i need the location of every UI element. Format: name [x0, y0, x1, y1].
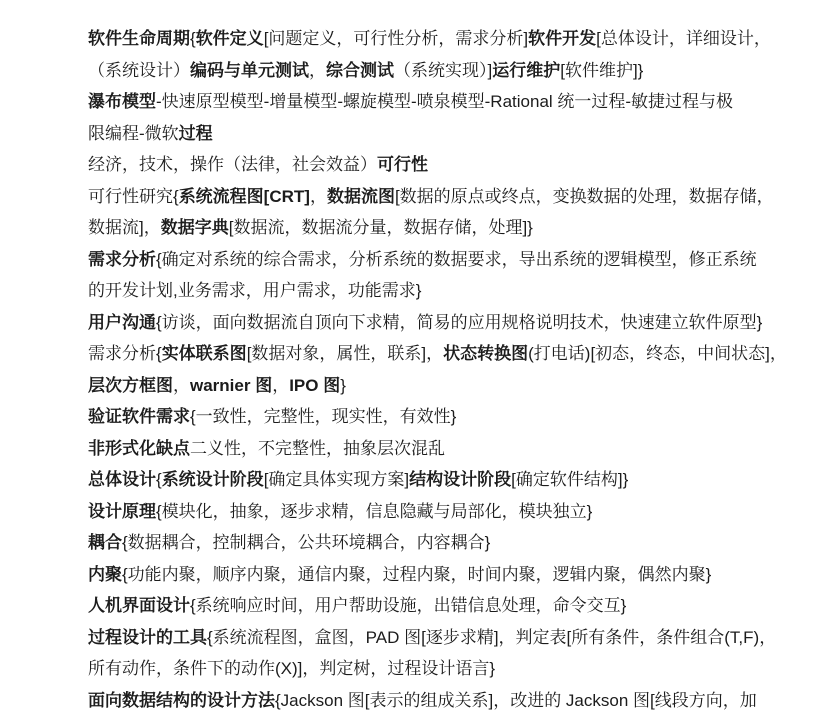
text-segment: {功能内聚，顺序内聚，通信内聚，过程内聚，时间内聚，逻辑内聚，偶然内聚}: [122, 565, 711, 584]
text-line: 需求分析{实体联系图[数据对象，属性，联系]，状态转换图(打电话)[初态，终态，…: [88, 338, 800, 370]
bold-term: 系统设计阶段: [162, 470, 264, 489]
bold-term: 耦合: [88, 533, 122, 552]
text-segment: {系统流程图，盒图，PAD 图[逐步求精]，判定表[所有条件，条件组合(T,F)…: [207, 628, 776, 647]
text-segment: {系统响应时间，用户帮助设施，出错信息处理，命令交互}: [190, 596, 626, 615]
text-segment: {数据耦合，控制耦合，公共环境耦合，内容耦合}: [122, 533, 490, 552]
bold-term: 综合测试: [326, 61, 394, 80]
text-segment: ，: [309, 61, 326, 80]
text-line: 耦合{数据耦合，控制耦合，公共环境耦合，内容耦合}: [88, 527, 800, 559]
bold-term: 验证软件需求: [88, 407, 190, 426]
text-segment: {模块化，抽象，逐步求精，信息隐藏与局部化，模块独立}: [156, 502, 592, 521]
text-line: 可行性研究{系统流程图[CRT]，数据流图[数据的原点或终点，变换数据的处理，数…: [88, 181, 800, 213]
text-line: 非形式化缺点二义性，不完整性，抽象层次混乱: [88, 433, 800, 465]
text-line: 需求分析{确定对系统的综合需求，分析系统的数据要求，导出系统的逻辑模型，修正系统: [88, 244, 800, 276]
text-segment: 经济，技术，操作（法律，社会效益）: [88, 155, 377, 174]
text-line: 用户沟通{访谈，面向数据流自顶向下求精，简易的应用规格说明技术，快速建立软件原型…: [88, 307, 800, 339]
text-segment: {访谈，面向数据流自顶向下求精，简易的应用规格说明技术，快速建立软件原型}: [156, 313, 762, 332]
text-line: 瀑布模型-快速原型模型-增量模型-螺旋模型-喷泉模型-Rational 统一过程…: [88, 86, 800, 118]
bold-term: 数据流图: [327, 187, 395, 206]
text-segment: [确定软件结构]}: [511, 470, 628, 489]
text-segment: 的开发计划,业务需求，用户需求，功能需求}: [88, 281, 421, 300]
text-line: 设计原理{模块化，抽象，逐步求精，信息隐藏与局部化，模块独立}: [88, 496, 800, 528]
document-page: 软件生命周期{软件定义[问题定义，可行性分析，需求分析]软件开发[总体设计，详细…: [0, 0, 824, 715]
text-segment: ，: [272, 376, 289, 395]
text-segment: ，: [310, 187, 327, 206]
text-segment: [确定具体实现方案]: [264, 470, 409, 489]
bold-term: 软件生命周期: [88, 29, 190, 48]
bold-term: 过程设计的工具: [88, 628, 207, 647]
bold-term: 软件开发: [528, 29, 596, 48]
text-segment: [软件维护]}: [560, 61, 643, 80]
text-segment: [数据的原点或终点，变换数据的处理，数据存储，: [395, 187, 774, 206]
bold-term: 可行性: [377, 155, 428, 174]
text-line: 过程设计的工具{系统流程图，盒图，PAD 图[逐步求精]，判定表[所有条件，条件…: [88, 622, 800, 654]
bold-term: 内聚: [88, 565, 122, 584]
text-segment: {确定对系统的综合需求，分析系统的数据要求，导出系统的逻辑模型，修正系统: [156, 250, 757, 269]
bold-term: 瀑布模型: [88, 92, 156, 111]
text-segment: [数据流，数据流分量，数据存储，处理]}: [229, 218, 533, 237]
text-line: 面向数据结构的设计方法{Jackson 图[表示的组成关系]，改进的 Jacks…: [88, 685, 800, 715]
text-line: 的开发计划,业务需求，用户需求，功能需求}: [88, 275, 800, 307]
text-segment: （系统设计）: [88, 61, 190, 80]
bold-term: warnier 图: [190, 376, 272, 395]
text-segment: [问题定义，可行性分析，需求分析]: [264, 29, 528, 48]
bold-term: 过程: [179, 124, 213, 143]
text-segment: 数据流]，: [88, 218, 161, 237]
text-segment: ，: [173, 376, 190, 395]
text-line: 限编程-微软过程: [88, 118, 800, 150]
text-segment: }: [340, 376, 346, 395]
text-segment: 可行性研究{: [88, 187, 179, 206]
bold-term: 总体设计: [88, 470, 156, 489]
bold-term: 结构设计阶段: [409, 470, 511, 489]
text-segment: [总体设计，详细设计，: [596, 29, 771, 48]
text-line: 软件生命周期{软件定义[问题定义，可行性分析，需求分析]软件开发[总体设计，详细…: [88, 23, 800, 55]
bold-term: 状态转换图: [443, 344, 528, 363]
text-segment: （系统实现）]: [394, 61, 492, 80]
text-segment: (打电话)[初态，终态，中间状态]，: [528, 344, 787, 363]
bold-term: 实体联系图: [162, 344, 247, 363]
text-segment: {Jackson 图[表示的组成关系]，改进的 Jackson 图[线段方向，加: [275, 691, 757, 710]
text-segment: 限编程-微软: [88, 124, 179, 143]
text-line: （系统设计）编码与单元测试，综合测试（系统实现）]运行维护[软件维护]}: [88, 55, 800, 87]
text-line: 所有动作，条件下的动作(X)]，判定树，过程设计语言}: [88, 653, 800, 685]
text-segment: 二义性，不完整性，抽象层次混乱: [190, 439, 445, 458]
bold-term: 系统流程图[CRT]: [179, 187, 310, 206]
text-line: 层次方框图，warnier 图，IPO 图}: [88, 370, 800, 402]
bold-term: 运行维护: [492, 61, 560, 80]
text-line: 验证软件需求{一致性，完整性，现实性，有效性}: [88, 401, 800, 433]
bold-term: IPO 图: [289, 376, 340, 395]
text-segment: 需求分析{: [88, 344, 162, 363]
bold-term: 设计原理: [88, 502, 156, 521]
bold-term: 需求分析: [88, 250, 156, 269]
bold-term: 用户沟通: [88, 313, 156, 332]
text-line: 内聚{功能内聚，顺序内聚，通信内聚，过程内聚，时间内聚，逻辑内聚，偶然内聚}: [88, 559, 800, 591]
text-segment: -快速原型模型-增量模型-螺旋模型-喷泉模型-Rational 统一过程-敏捷过…: [156, 92, 733, 111]
bold-term: 数据字典: [161, 218, 229, 237]
text-segment: {一致性，完整性，现实性，有效性}: [190, 407, 456, 426]
text-line: 经济，技术，操作（法律，社会效益）可行性: [88, 149, 800, 181]
bold-term: 编码与单元测试: [190, 61, 309, 80]
bold-term: 层次方框图: [88, 376, 173, 395]
bold-term: 人机界面设计: [88, 596, 190, 615]
text-line: 数据流]，数据字典[数据流，数据流分量，数据存储，处理]}: [88, 212, 800, 244]
document-body: 软件生命周期{软件定义[问题定义，可行性分析，需求分析]软件开发[总体设计，详细…: [88, 23, 800, 715]
text-line: 人机界面设计{系统响应时间，用户帮助设施，出错信息处理，命令交互}: [88, 590, 800, 622]
bold-term: 软件定义: [196, 29, 264, 48]
bold-term: 非形式化缺点: [88, 439, 190, 458]
text-segment: 所有动作，条件下的动作(X)]，判定树，过程设计语言}: [88, 659, 495, 678]
text-segment: [数据对象，属性，联系]，: [247, 344, 443, 363]
text-line: 总体设计{系统设计阶段[确定具体实现方案]结构设计阶段[确定软件结构]}: [88, 464, 800, 496]
bold-term: 面向数据结构的设计方法: [88, 691, 275, 710]
